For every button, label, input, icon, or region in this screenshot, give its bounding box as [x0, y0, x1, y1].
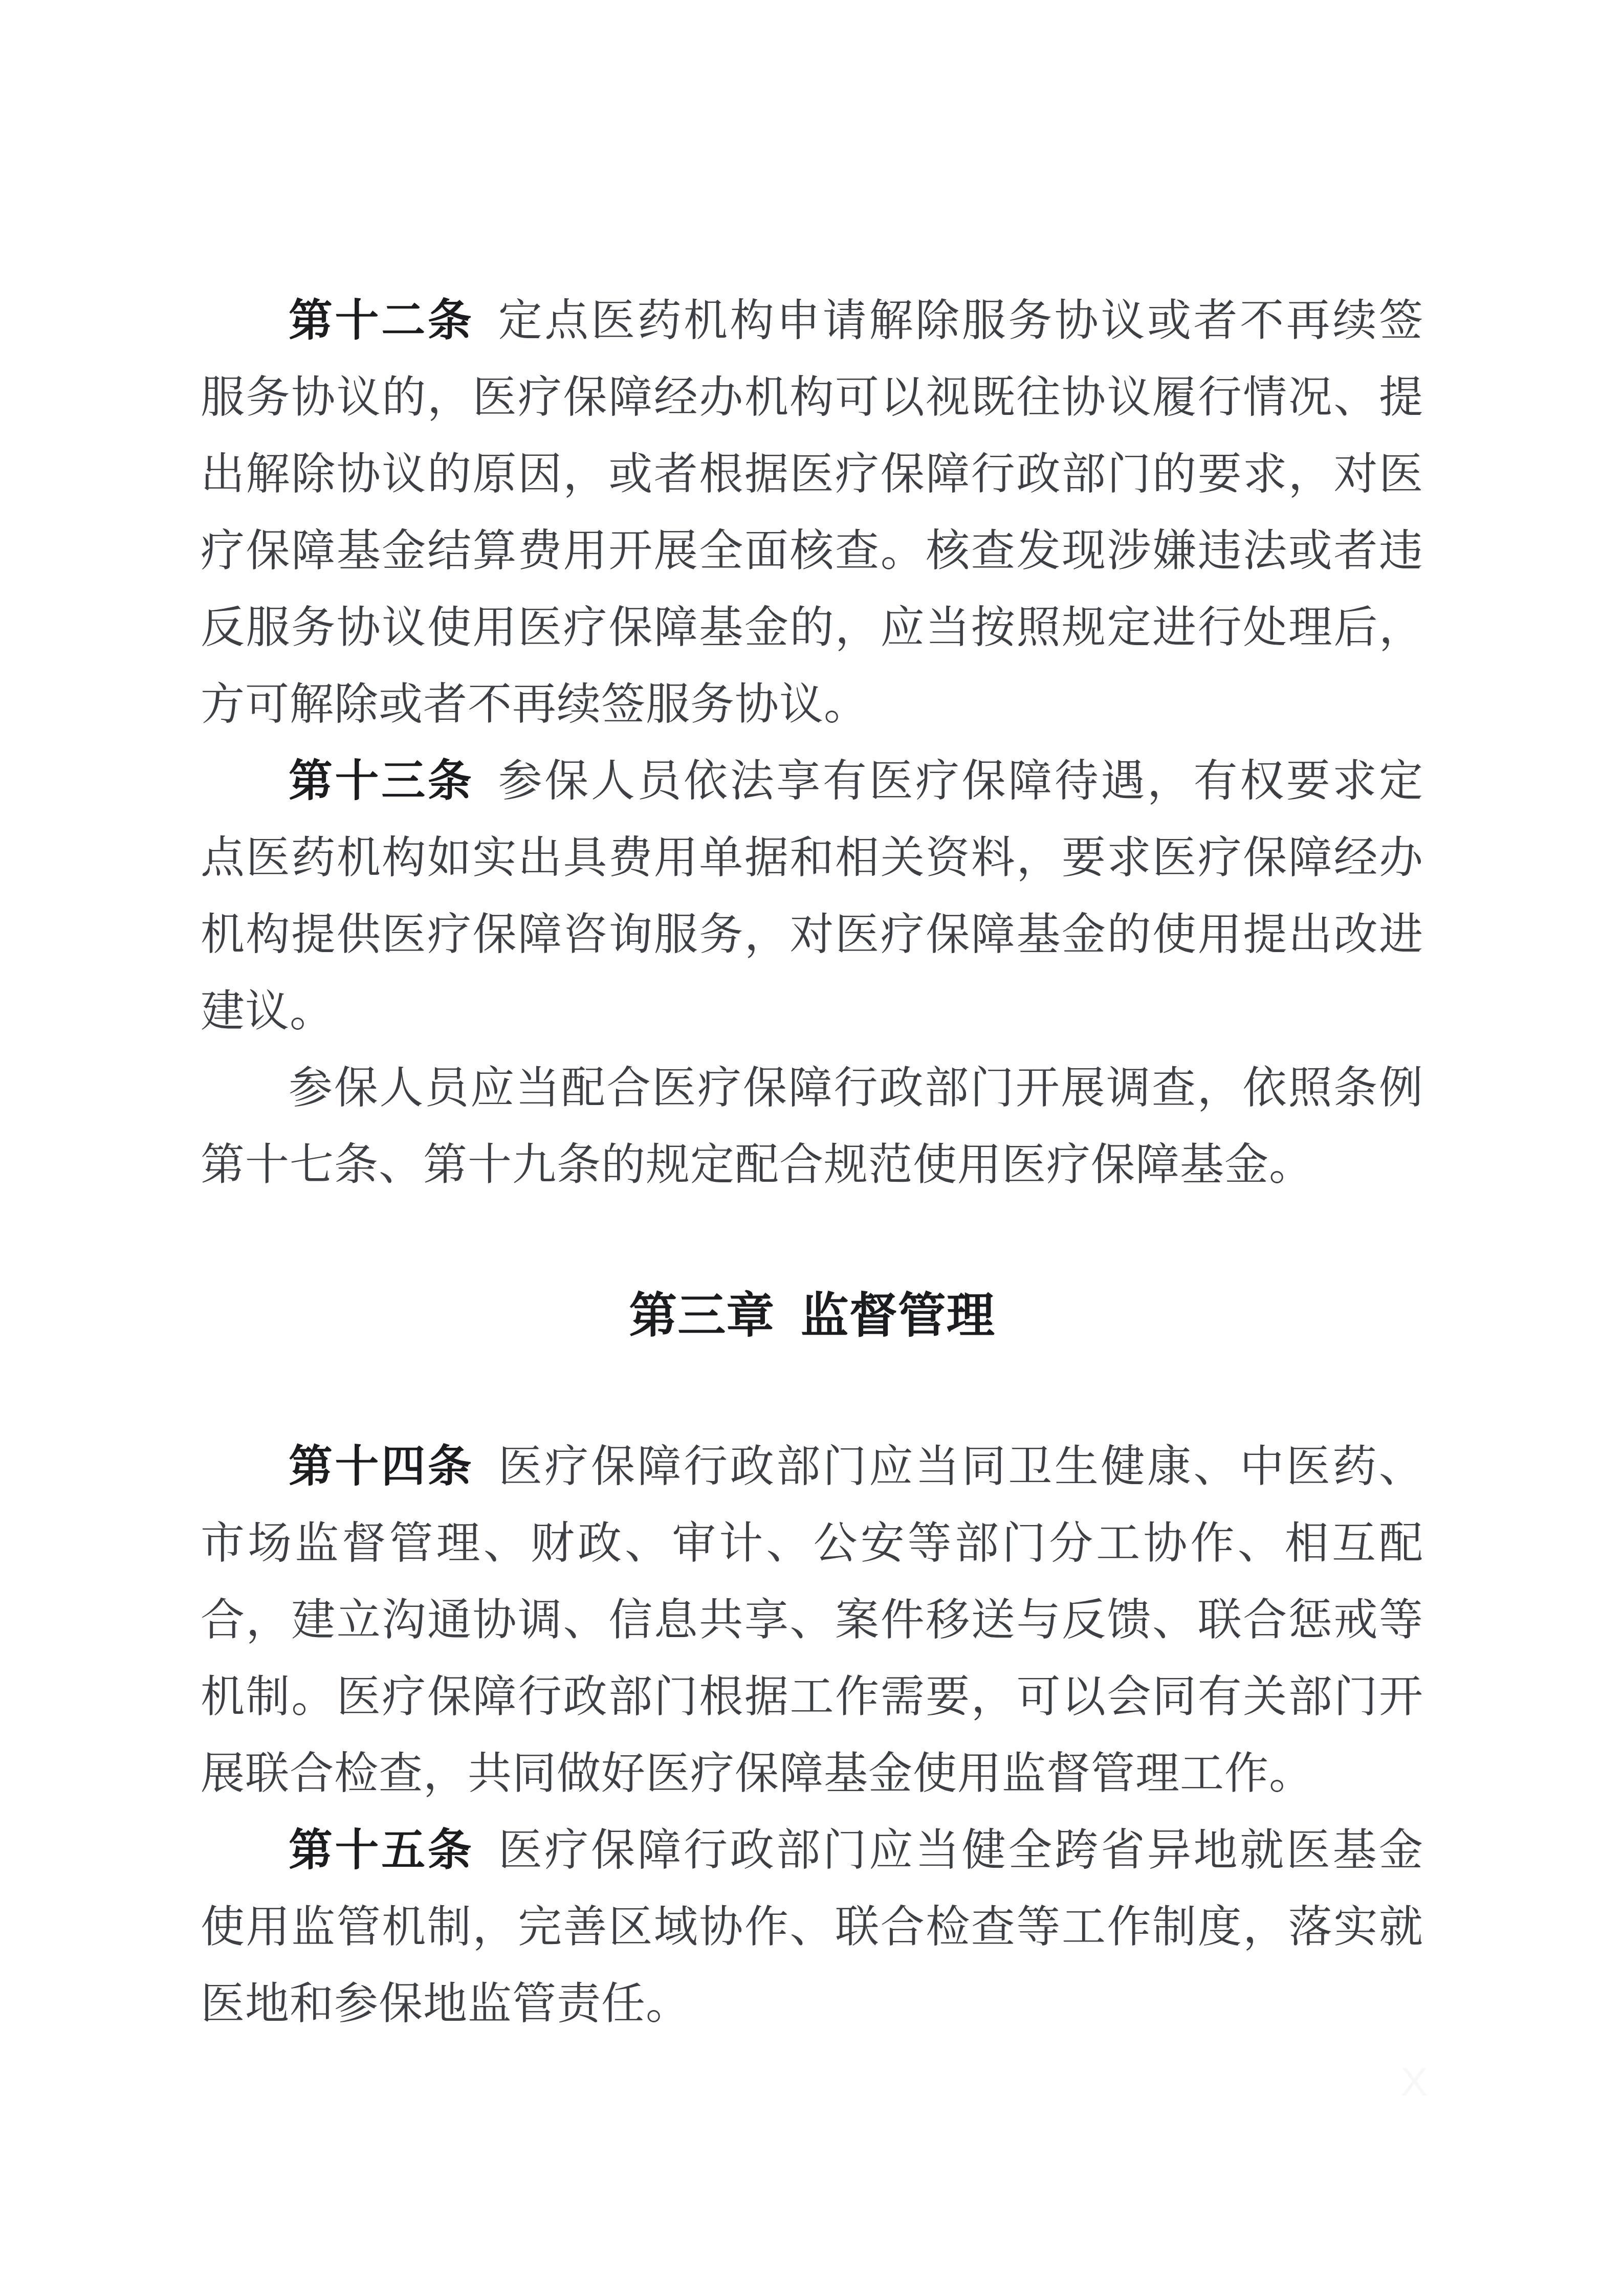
article-paragraph-13: 第十三条参保人员依法享有医疗保障待遇，有权要求定点医药机构如实出具费用单据和相关… — [201, 743, 1423, 1050]
document-page: 第十二条定点医药机构申请解除服务协议或者不再续签服务协议的，医疗保障经办机构可以… — [0, 0, 1623, 2296]
document-body: 第十二条定点医药机构申请解除服务协议或者不再续签服务协议的，医疗保障经办机构可以… — [201, 282, 1423, 2042]
article-number-label: 第十三条 — [289, 757, 474, 806]
chapter-heading: 第三章 监督管理 — [201, 1277, 1423, 1354]
article-number-label: 第十二条 — [289, 296, 474, 345]
plain-paragraph: 参保人员应当配合医疗保障行政部门开展调查，依照条例第十七条、第十九条的规定配合规… — [201, 1050, 1423, 1203]
paragraph-text: 参保人员应当配合医疗保障行政部门开展调查，依照条例第十七条、第十九条的规定配合规… — [201, 1064, 1423, 1189]
article-text: 定点医药机构申请解除服务协议或者不再续签服务协议的，医疗保障经办机构可以视既往协… — [201, 296, 1423, 729]
article-number-label: 第十四条 — [289, 1442, 474, 1491]
article-paragraph-12: 第十二条定点医药机构申请解除服务协议或者不再续签服务协议的，医疗保障经办机构可以… — [201, 282, 1423, 743]
watermark-x: X — [1401, 2062, 1428, 2102]
article-paragraph-14: 第十四条医疗保障行政部门应当同卫生健康、中医药、市场监督管理、财政、审计、公安等… — [201, 1428, 1423, 1812]
article-number-label: 第十五条 — [289, 1826, 474, 1875]
article-paragraph-15: 第十五条医疗保障行政部门应当健全跨省异地就医基金使用监管机制，完善区域协作、联合… — [201, 1812, 1423, 2042]
article-text: 医疗保障行政部门应当同卫生健康、中医药、市场监督管理、财政、审计、公安等部门分工… — [201, 1442, 1423, 1798]
